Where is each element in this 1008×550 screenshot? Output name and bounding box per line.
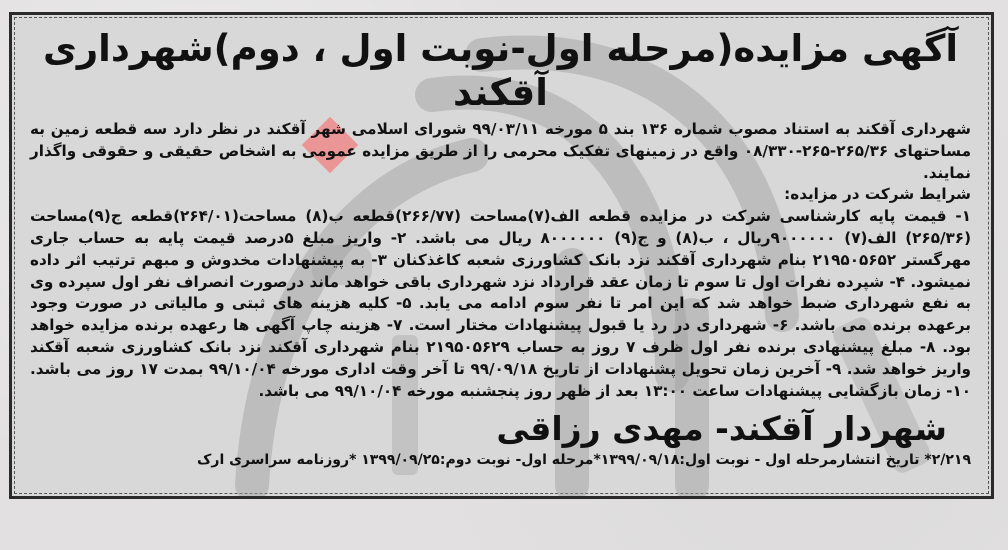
mayor-signature: شهردار آقکند- مهدی رزاقی <box>30 408 947 450</box>
auction-notice-box: آگهی مزایده(مرحله اول-نوبت اول ، دوم)شهر… <box>9 12 994 499</box>
notice-intro: شهرداری آقکند به استناد مصوب شماره ۱۳۶ ب… <box>30 119 971 184</box>
publication-footer: ۲/۲۱۹* تاریخ انتشارمرحله اول - نوبت اول:… <box>30 450 971 470</box>
notice-content: آگهی مزایده(مرحله اول-نوبت اول ، دوم)شهر… <box>12 27 991 470</box>
conditions-heading: شرایط شرکت در مزایده: <box>30 184 971 206</box>
conditions-text: ۱- قیمت پایه کارشناسی شرکت در مزایده قطع… <box>30 206 971 402</box>
notice-title: آگهی مزایده(مرحله اول-نوبت اول ، دوم)شهر… <box>30 27 971 115</box>
